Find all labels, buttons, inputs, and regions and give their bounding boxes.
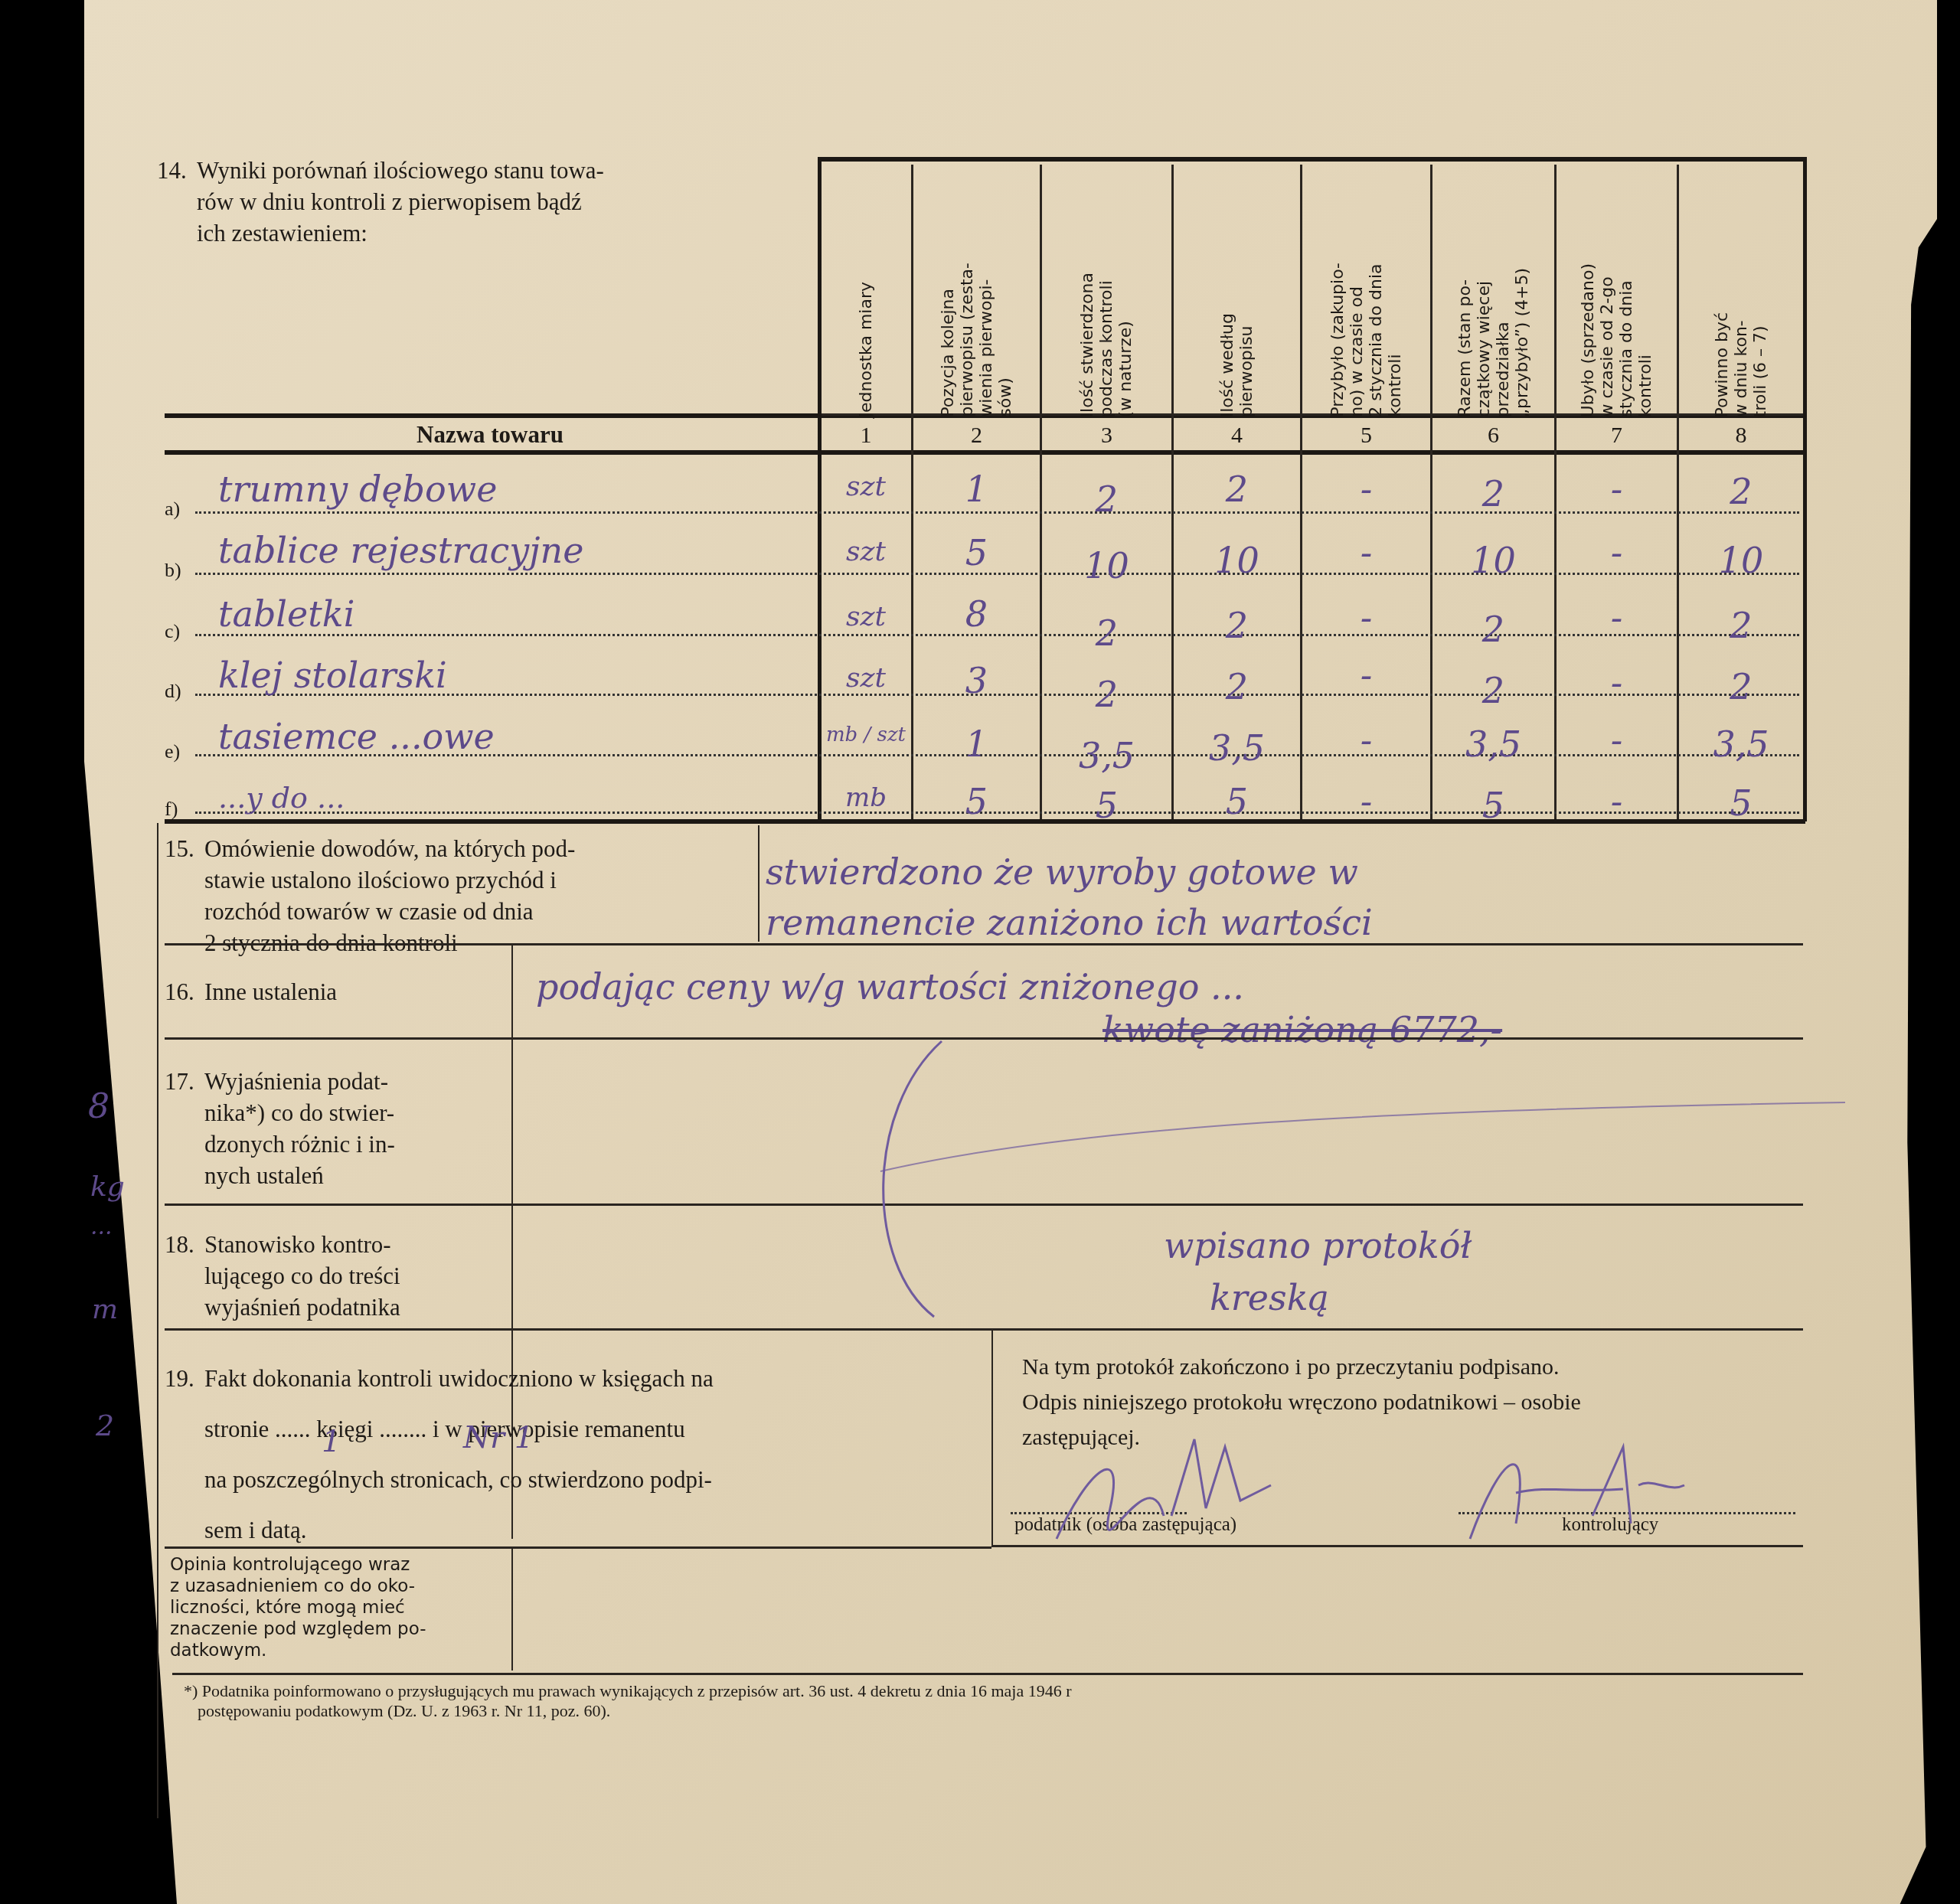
cell-c2: 8 (913, 593, 1040, 635)
cell-c4: 5 (1174, 781, 1300, 822)
cell-c2: 5 (913, 532, 1040, 573)
cell-c7: - (1557, 532, 1677, 573)
cell-c4: 2 (1174, 605, 1300, 646)
section-15-label: 15.Omówienie dowodów, na których pod- st… (165, 833, 746, 959)
section-18-label: 18.Stanowisko kontro- lującego co do tre… (165, 1229, 501, 1323)
cell-c2: 1 (913, 469, 1040, 510)
section-divider (991, 1331, 993, 1546)
cell-c3: 3,5 (1042, 735, 1171, 776)
item-name: tablice rejestracyjne (218, 530, 583, 571)
col-num-4: 4 (1174, 423, 1300, 449)
section-18-handwriting: kreską (1210, 1277, 1329, 1318)
item-name: ...y do ... (218, 781, 345, 815)
cell-c5: - (1302, 532, 1430, 573)
col-header-1: Jednostka miary (821, 165, 911, 417)
col-border (1803, 157, 1807, 821)
dotted-line (195, 511, 1799, 514)
cell-c7: - (1557, 720, 1677, 761)
cell-c5: - (1302, 469, 1430, 510)
cell-c2: 3 (913, 660, 1040, 701)
section-15-handwriting: stwierdzono że wyroby gotowe w (766, 851, 1358, 893)
cell-c4: 2 (1174, 666, 1300, 707)
cell-c8: 2 (1679, 605, 1803, 646)
row-divider (991, 1545, 1803, 1547)
section-divider (511, 1548, 513, 1670)
cell-c3: 2 (1042, 674, 1171, 715)
col-header-5: Przybyło (zakupio- no) w czasie od 2 sty… (1302, 165, 1430, 417)
cell-c6: 2 (1432, 473, 1554, 514)
item-name: klej stolarski (218, 655, 447, 696)
col-header-4: Ilość według pierwopisu (1174, 165, 1300, 417)
cell-c6: 2 (1432, 670, 1554, 711)
cell-c3: 2 (1042, 612, 1171, 654)
row-divider (172, 1673, 1803, 1675)
left-margin-rule (157, 823, 158, 1818)
col-num-8: 8 (1679, 423, 1803, 449)
cell-c4: 2 (1174, 469, 1300, 510)
cell-c2: 5 (913, 781, 1040, 822)
section-15-handwriting: remanencie zaniżono ich wartości (766, 902, 1373, 943)
col-header-6: Razem (stan po- czątkowy więcej przedzia… (1432, 165, 1554, 417)
item-name: trumny dębowe (218, 469, 497, 510)
col-num-6: 6 (1432, 423, 1554, 449)
section-17-label: 17.Wyjaśnienia podat- nika*) co do stwie… (165, 1066, 501, 1191)
margin-note: m (92, 1294, 118, 1325)
cell-c5: - (1302, 597, 1430, 638)
cell-c8: 5 (1679, 782, 1803, 824)
col-num-3: 3 (1042, 423, 1171, 449)
row-divider (165, 943, 1803, 945)
table-top-border (818, 157, 1805, 162)
cell-c4: 10 (1174, 540, 1300, 581)
item-name: tasiemce ...owe (218, 716, 495, 757)
page-number-handwriting: 1 (322, 1424, 341, 1459)
margin-note: kg (90, 1171, 125, 1203)
book-number-handwriting: Nr 1 (463, 1420, 534, 1455)
cell-c2: 1 (913, 723, 1040, 765)
cell-c3: 2 (1042, 478, 1171, 520)
col-num-7: 7 (1557, 423, 1677, 449)
section-divider (758, 825, 759, 942)
table-body-top (165, 450, 1805, 455)
cell-c5: - (1302, 655, 1430, 696)
unit-cell: mb (821, 782, 911, 813)
col-num-5: 5 (1302, 423, 1430, 449)
opinion-label: Opinia kontrolującego wraz z uzasadnieni… (170, 1554, 507, 1661)
cell-c8: 2 (1679, 471, 1803, 512)
cell-c8: 3,5 (1679, 723, 1803, 765)
unit-cell: szt (821, 601, 911, 632)
col-header-2: Pozycja kolejna pierwopisu (zesta- wieni… (913, 165, 1040, 417)
cell-c6: 5 (1432, 785, 1554, 826)
cell-c3: 10 (1042, 545, 1171, 586)
cell-c7: - (1557, 662, 1677, 704)
cell-c8: 2 (1679, 666, 1803, 707)
col-num-1: 1 (821, 423, 911, 449)
cell-c6: 3,5 (1432, 723, 1554, 765)
item-name: tabletki (218, 593, 354, 635)
section-18-handwriting: wpisano protokół (1164, 1225, 1472, 1266)
col-header-7: Ubyło (sprzedano) w czasie od 2-go stycz… (1557, 165, 1677, 417)
footnote: *) Podatnika poinformowano o przysługują… (184, 1681, 1072, 1721)
cell-c8: 10 (1679, 540, 1803, 581)
signature-scribbles-icon (1041, 1424, 1807, 1554)
margin-note: ... (90, 1213, 113, 1240)
cell-c3: 5 (1042, 785, 1171, 826)
cell-c5: - (1302, 720, 1430, 761)
pen-stroke-bracket-icon (850, 1018, 1922, 1340)
cell-c6: 10 (1432, 540, 1554, 581)
name-header: Nazwa towaru (165, 419, 815, 450)
cell-c5: - (1302, 781, 1430, 822)
unit-cell: mb / szt (821, 723, 911, 746)
margin-note: 2 (96, 1409, 114, 1442)
unit-cell: szt (821, 536, 911, 567)
col-num-2: 2 (913, 423, 1040, 449)
cell-c7: - (1557, 781, 1677, 822)
col-header-8: Powinno być w dniu kon- troli (6 – 7) (1679, 165, 1803, 417)
cell-c7: - (1557, 597, 1677, 638)
section-14-title: 14.Wyniki porównań ilościowego stanu tow… (157, 155, 792, 249)
row-divider (165, 1328, 1803, 1331)
row-divider (165, 1546, 991, 1549)
cell-c6: 2 (1432, 609, 1554, 650)
cell-c7: - (1557, 469, 1677, 510)
section-16-label: 16.Inne ustalenia (165, 976, 337, 1008)
cell-c4: 3,5 (1174, 727, 1300, 769)
unit-cell: szt (821, 662, 911, 694)
section-19-text: 19.Fakt dokonania kontroli uwidoczniono … (165, 1354, 946, 1556)
margin-note: 8 (88, 1087, 109, 1126)
unit-cell: szt (821, 471, 911, 502)
col-header-3: Ilość stwierdzona podczas kontroli (w na… (1042, 165, 1171, 417)
section-16-handwriting: podając ceny w/g wartości zniżonego ... (536, 966, 1244, 1008)
